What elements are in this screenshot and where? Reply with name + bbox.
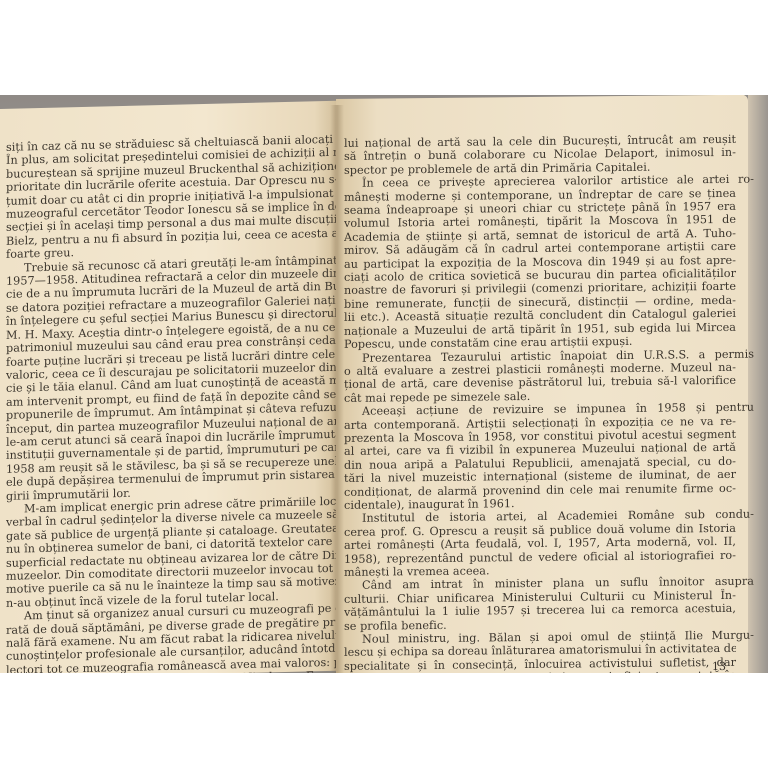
book-gutter [330,105,344,673]
right-page: lui național de artă sau la cele din Buc… [336,95,748,673]
open-book-photo: siți în caz că nu se străduiesc să chelt… [0,95,768,673]
page-number: 13 [712,660,726,673]
left-page: siți în caz că nu se străduiesc să chelt… [0,101,342,673]
